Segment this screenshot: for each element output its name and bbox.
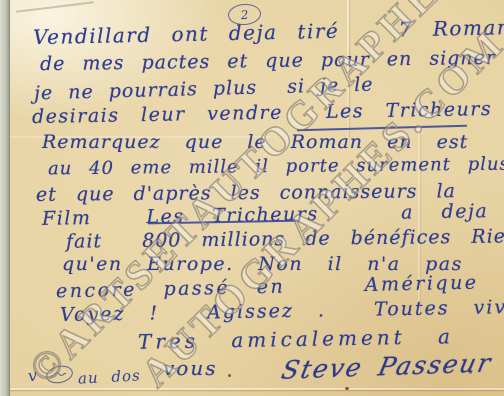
handwritten-line-10: qu'en Europe. Non il n'a pas (62, 253, 463, 275)
handwritten-line-6: au 40 eme mille il porte surement plus (48, 154, 504, 180)
signature: Steve Passeur (279, 348, 495, 385)
scan-edge-strip (0, 0, 10, 396)
verso-stamp-icon (45, 363, 75, 385)
handwritten-line-5: Remarquez que le Roman en est (42, 131, 468, 153)
verso-note-prefix: v (27, 365, 39, 385)
handwritten-line-1: Vendillard ont deja tiré 7 Romans (33, 15, 504, 49)
handwritten-line-14: vous (163, 356, 217, 380)
handwritten-line-9: fait 800 millions de bénéfices Rien (66, 225, 504, 253)
handwritten-line-3: je ne pourrais plus si je le (34, 74, 374, 105)
verso-note-text: au dos (78, 366, 142, 387)
handwritten-line-13: Tres amicalement a (138, 324, 454, 354)
handwritten-line-2: de mes pactes et que pour en signer (40, 47, 496, 75)
letter-body: Vendillard ont deja tiré 7 Romans de mes… (0, 0, 504, 396)
scanned-handwritten-letter: 2 Vendillard ont deja tiré 7 Romans de m… (0, 0, 504, 396)
